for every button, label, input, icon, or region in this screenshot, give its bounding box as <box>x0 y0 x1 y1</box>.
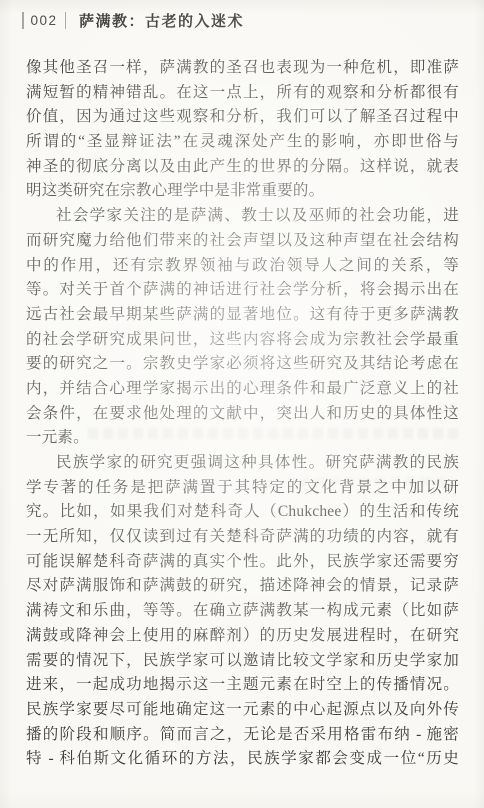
text-line: 内，并结合心理学家揭示出的心理条件和最广泛意义上的社 <box>26 377 459 402</box>
text-line: 的社会学研究成果问世，这些内容将会成为宗教社会学最重 <box>26 328 459 353</box>
text-line: 要的研究之一。宗教史学家必须将这些研究及其结论考虑在 <box>26 352 459 377</box>
text-line: 究。比如，如果我们对楚科奇人（Chukchee）的生活和传统 <box>26 500 459 525</box>
page-number: 002 <box>31 13 58 28</box>
text-line: 特 - 科伯斯文化循环的方法，民族学家都会变成一位“历史 <box>26 747 459 772</box>
text-line: 学专著的任务是把萨满置于其特定的文化背景之中加以研 <box>26 476 459 501</box>
text-line: 远古社会最早期某些萨满的显著地位。这有待于更多萨满教 <box>26 303 459 328</box>
text-line: 中的作用，还有宗教界领袖与政治领导人之间的关系，等 <box>26 254 459 279</box>
text-line: 播的阶段和顺序。简而言之，无论是否采用格雷布纳 - 施密 <box>26 723 459 748</box>
text-line: 社会学家关注的是萨满、教士以及巫师的社会功能，进 <box>26 204 459 229</box>
text-line: 民族学家的研究更强调这种具体性。研究萨满教的民族 <box>26 451 459 476</box>
text-line: 尽对萨满服饰和萨满鼓的研究，描述降神会的情景，记录萨 <box>26 574 459 599</box>
text-line: 神圣的彻底分离以及由此产生的世界的分隔。这样说，就表 <box>26 155 459 180</box>
text-line: 等。对关于首个萨满的神话进行社会学分析，将会揭示出在 <box>26 278 459 303</box>
text-line: 价值，因为通过这些观察和分析，我们可以了解圣召过程中 <box>26 105 459 130</box>
text-line: 满鼓或降神会上使用的麻醉剂）的历史发展进程时，在研究 <box>26 624 459 649</box>
text-line: 像其他圣召一样，萨满教的圣召也表现为一种危机，即准萨 <box>26 56 459 81</box>
page-header: 002 萨满教：古老的入迷术 <box>22 10 244 31</box>
text-line: 会条件，在要求他处理的文献中，突出人和历史的具体性这 <box>26 402 459 427</box>
text-line: 民族学家要尽可能地确定这一元素的中心起源点以及向外传 <box>26 698 459 723</box>
text-line: 所谓的“圣显辩证法”在灵魂深处产生的影响，亦即世俗与 <box>26 130 459 155</box>
text-line: 一无所知，仅仅读到过有关楚科奇萨满的功绩的内容，就有 <box>26 525 459 550</box>
text-line: 可能误解楚科奇萨满的真实个性。此外，民族学家还需要穷 <box>26 550 459 575</box>
text-line: 满祷文和乐曲，等等。在确立萨满教某一构成元素（比如萨 <box>26 599 459 624</box>
text-line: 明这类研究在宗教心理学中是非常重要的。 <box>26 179 459 204</box>
body-text: 像其他圣召一样，萨满教的圣召也表现为一种危机，即准萨满短暂的精神错乱。在这一点上… <box>26 56 459 772</box>
text-line: 一元素。 <box>26 426 459 451</box>
text-line: 而研究魔力给他们带来的社会声望以及这种声望在社会结构 <box>26 229 459 254</box>
header-divider-left-icon <box>22 12 24 29</box>
header-divider-right-icon <box>65 12 67 29</box>
text-line: 进来，一起成功地揭示这一主题元素在时空上的传播情况。 <box>26 673 459 698</box>
book-page: 002 萨满教：古老的入迷术 像其他圣召一样，萨满教的圣召也表现为一种危机，即准… <box>0 0 484 808</box>
text-line: 需要的情况下，民族学家可以邀请比较文学家和历史学家加 <box>26 649 459 674</box>
text-line: 满短暂的精神错乱。在这一点上，所有的观察和分析都很有 <box>26 81 459 106</box>
running-head-title: 萨满教：古老的入迷术 <box>79 10 244 31</box>
